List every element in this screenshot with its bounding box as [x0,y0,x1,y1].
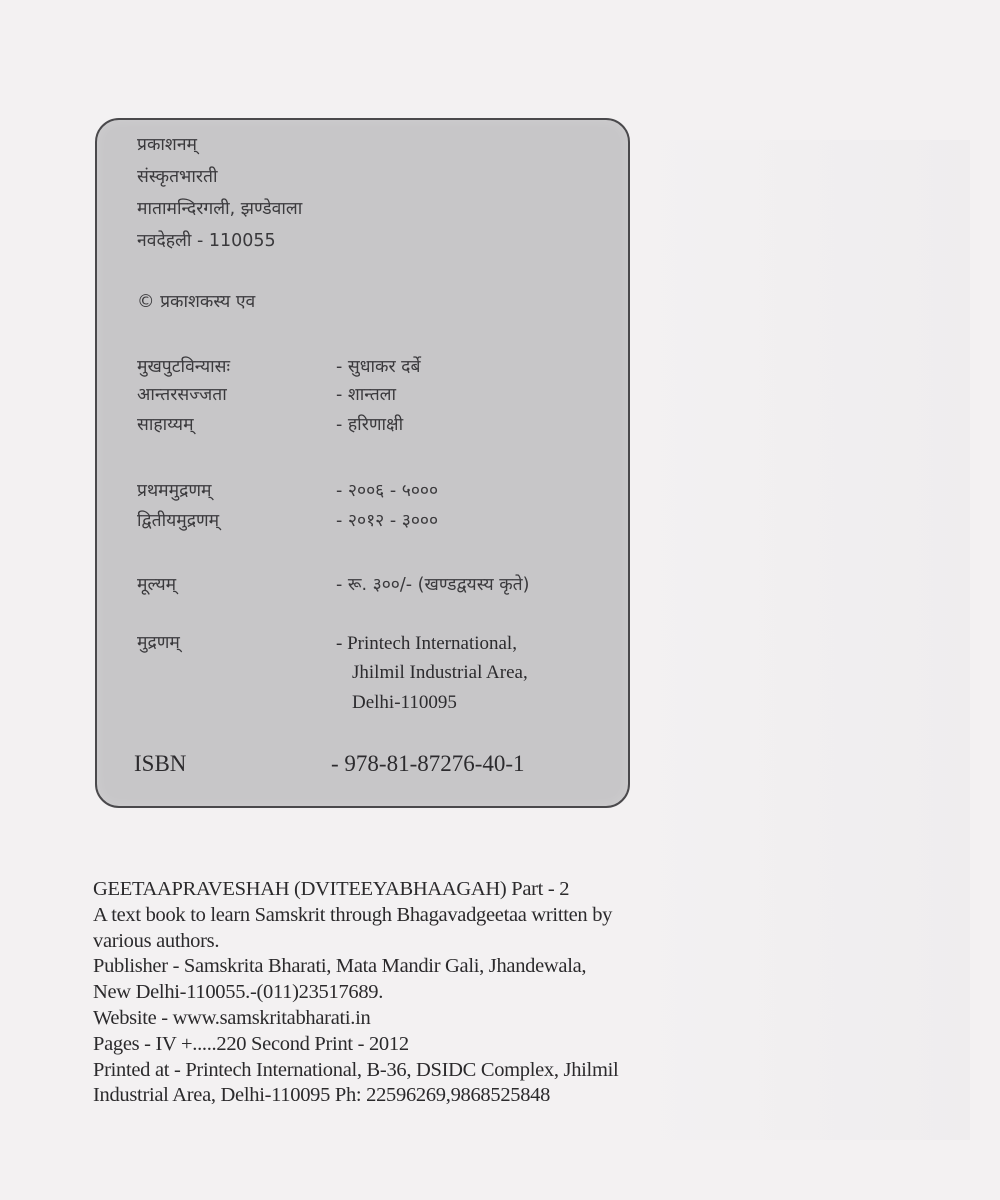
credit-label-assistance: साहाय्यम् [137,414,194,436]
publisher-info-1: Publisher - Samskrita Bharati, Mata Mand… [93,954,933,980]
price-label: मूल्यम् [137,574,176,596]
book-description-1: A text book to learn Samskrit through Bh… [93,903,933,929]
printer-info-2: Industrial Area, Delhi-110095 Ph: 225962… [93,1083,933,1109]
publisher-heading: प्रकाशनम् [137,134,197,156]
printer-line-3: Delhi-110095 [352,692,457,714]
printing-label-second: द्वितीयमुद्रणम् [137,510,219,532]
isbn-value: - 978-81-87276-40-1 [331,753,525,775]
book-title: GEETAAPRAVESHAH (DVITEEYABHAAGAH) Part -… [93,877,933,903]
publisher-name: संस्कृतभारती [137,166,218,188]
book-description-2: various authors. [93,929,933,955]
credit-value-cover: - सुधाकर दर्बे [336,356,420,378]
price-value: - रू. ३००/- (खण्डद्वयस्य कृते) [336,574,529,596]
credit-label-cover: मुखपुटविन्यासः [137,356,230,378]
copyright-notice: © प्रकाशकस्य एव [137,291,255,313]
printer-info-1: Printed at - Printech International, B-3… [93,1058,933,1084]
credit-label-interior: आन्तरसज्जता [137,384,227,406]
printing-label-first: प्रथममुद्रणम् [137,480,211,502]
pages-info: Pages - IV +.....220 Second Print - 2012 [93,1032,933,1058]
printing-value-first: - २००६ - ५००० [336,480,438,502]
printer-label: मुद्रणम् [137,632,180,654]
book-details: GEETAAPRAVESHAH (DVITEEYABHAAGAH) Part -… [93,877,933,1109]
publisher-street: मातामन्दिरगली, झण्डेवाला [137,198,302,220]
printing-value-second: - २०१२ - ३००० [336,510,438,532]
printer-line-1: - Printech International, [336,633,517,655]
website-info: Website - www.samskritabharati.in [93,1006,933,1032]
credit-value-assistance: - हरिणाक्षी [336,414,403,436]
publisher-city: नवदेहली - 110055 [137,230,276,252]
printer-line-2: Jhilmil Industrial Area, [352,662,528,684]
isbn-label: ISBN [134,753,186,775]
credit-value-interior: - शान्तला [336,384,396,406]
publisher-info-2: New Delhi-110055.-(011)23517689. [93,980,933,1006]
